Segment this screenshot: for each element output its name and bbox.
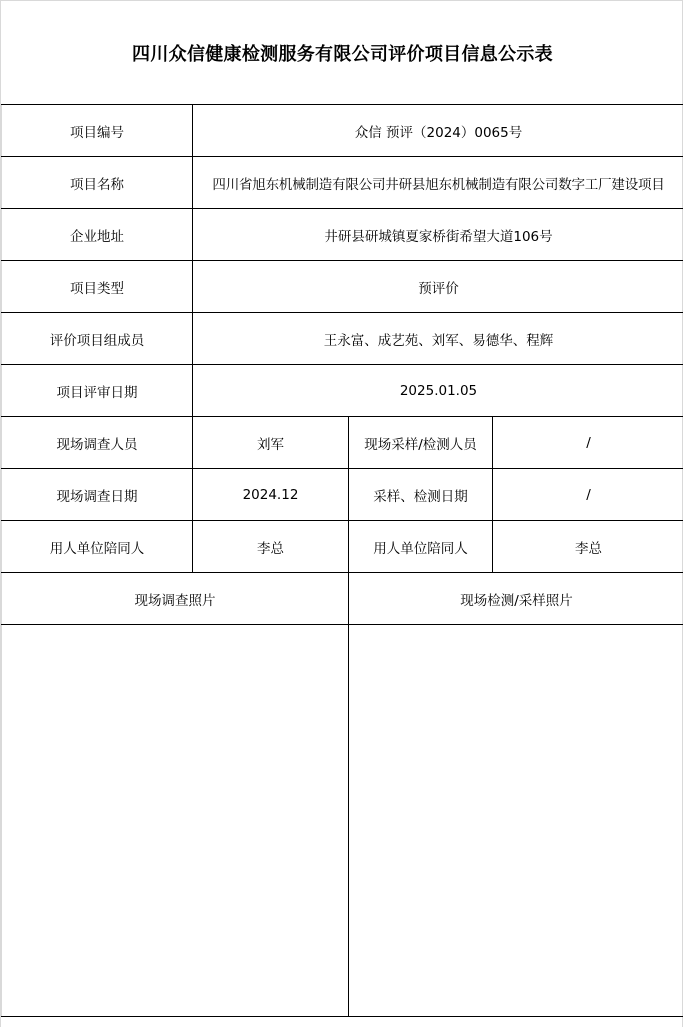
table-row-team-members: 评价项目组成员 王永富、成艺苑、刘军、易德华、程辉 [2, 313, 683, 365]
spreadsheet-page: 四川众信健康检测服务有限公司评价项目信息公示表 项目编号 众信 预评（2024）… [0, 0, 683, 1027]
survey-date-value[interactable]: 2024.12 [193, 469, 349, 521]
table-row-survey-date: 现场调查日期 2024.12 采样、检测日期 / [2, 469, 683, 521]
project-name-value[interactable]: 四川省旭东机械制造有限公司井研县旭东机械制造有限公司数字工厂建设项目 [193, 157, 683, 209]
team-members-label: 评价项目组成员 [2, 313, 193, 365]
table-row-project-type: 项目类型 预评价 [2, 261, 683, 313]
sampling-date-value[interactable]: / [493, 469, 683, 521]
table-row-photo-headers: 现场调查照片 现场检测/采样照片 [2, 573, 683, 625]
sampling-photos-header: 现场检测/采样照片 [349, 573, 683, 625]
sampling-staff-value[interactable]: / [493, 417, 683, 469]
company-address-label: 企业地址 [2, 209, 193, 261]
project-number-label: 项目编号 [2, 105, 193, 157]
project-type-label: 项目类型 [2, 261, 193, 313]
table-row-photos [2, 625, 683, 1017]
table-row-review-date: 项目评审日期 2025.01.05 [2, 365, 683, 417]
table-row-project-number: 项目编号 众信 预评（2024）0065号 [2, 105, 683, 157]
survey-photos-area[interactable] [2, 625, 349, 1017]
survey-photos-header: 现场调查照片 [2, 573, 349, 625]
table-row-survey-staff: 现场调查人员 刘军 现场采样/检测人员 / [2, 417, 683, 469]
table-row-project-name: 项目名称 四川省旭东机械制造有限公司井研县旭东机械制造有限公司数字工厂建设项目 [2, 157, 683, 209]
table-row-escort: 用人单位陪同人 李总 用人单位陪同人 李总 [2, 521, 683, 573]
escort-value-left[interactable]: 李总 [193, 521, 349, 573]
project-info-table: 项目编号 众信 预评（2024）0065号 项目名称 四川省旭东机械制造有限公司… [1, 104, 683, 1017]
sampling-staff-label: 现场采样/检测人员 [349, 417, 493, 469]
escort-label-right: 用人单位陪同人 [349, 521, 493, 573]
survey-staff-value[interactable]: 刘军 [193, 417, 349, 469]
project-number-value[interactable]: 众信 预评（2024）0065号 [193, 105, 683, 157]
escort-label-left: 用人单位陪同人 [2, 521, 193, 573]
table-row-company-address: 企业地址 井研县研城镇夏家桥街希望大道106号 [2, 209, 683, 261]
sampling-date-label: 采样、检测日期 [349, 469, 493, 521]
project-name-label: 项目名称 [2, 157, 193, 209]
review-date-label: 项目评审日期 [2, 365, 193, 417]
page-title: 四川众信健康检测服务有限公司评价项目信息公示表 [1, 1, 683, 104]
review-date-value[interactable]: 2025.01.05 [193, 365, 683, 417]
project-type-value[interactable]: 预评价 [193, 261, 683, 313]
escort-value-right[interactable]: 李总 [493, 521, 683, 573]
company-address-value[interactable]: 井研县研城镇夏家桥街希望大道106号 [193, 209, 683, 261]
sampling-photos-area[interactable] [349, 625, 683, 1017]
survey-staff-label: 现场调查人员 [2, 417, 193, 469]
survey-date-label: 现场调查日期 [2, 469, 193, 521]
team-members-value[interactable]: 王永富、成艺苑、刘军、易德华、程辉 [193, 313, 683, 365]
